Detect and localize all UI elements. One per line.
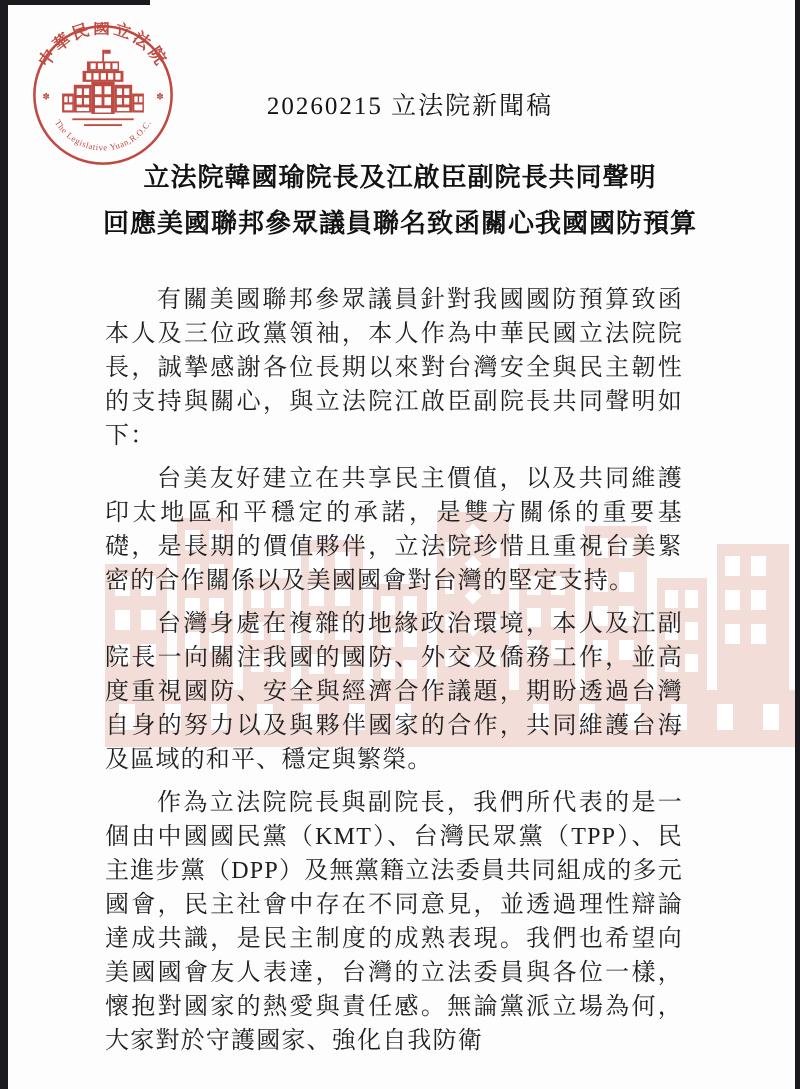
press-release-title: 20260215 立法院新聞稿 xyxy=(115,86,705,122)
scanned-press-release-page: 中華民國立法院 The Legislative Yuan,R.O.C. ✽ ✽ xyxy=(0,0,800,1089)
paragraph-4: 作為立法院院長與副院長，我們所代表的是一個由中國國民黨（KMT）、台灣民眾黨（T… xyxy=(105,786,683,1058)
body-text: 有關美國聯邦參眾議員針對我國國防預算致函本人及三位政黨領袖，本人作為中華民國立法… xyxy=(105,283,683,1067)
headline: 立法院韓國瑜院長及江啟臣副院長共同聲明 回應美國聯邦參眾議員聯名致函關心我國國防… xyxy=(90,155,710,247)
paragraph-1: 有關美國聯邦參眾議員針對我國國防預算致函本人及三位政黨領袖，本人作為中華民國立法… xyxy=(105,283,683,453)
paragraph-3: 台灣身處在複雜的地緣政治環境，本人及江副院長一向關注我國的國防、外交及僑務工作，… xyxy=(105,607,683,777)
viewer-edge-right xyxy=(795,0,800,1089)
headline-line-1: 立法院韓國瑜院長及江啟臣副院長共同聲明 xyxy=(90,155,710,201)
viewer-edge-top-left xyxy=(0,0,150,5)
seal-flower-left-icon: ✽ xyxy=(42,91,49,101)
paragraph-2: 台美友好建立在共享民主價值，以及共同維護印太地區和平穩定的承諾，是雙方關係的重要… xyxy=(105,462,683,598)
viewer-edge-left xyxy=(0,0,8,1089)
page-number: 1 xyxy=(0,999,800,1014)
headline-line-2: 回應美國聯邦參眾議員聯名致函關心我國國防預算 xyxy=(90,201,710,247)
seal-english-arc-text: The Legislative Yuan,R.O.C. xyxy=(53,118,153,153)
